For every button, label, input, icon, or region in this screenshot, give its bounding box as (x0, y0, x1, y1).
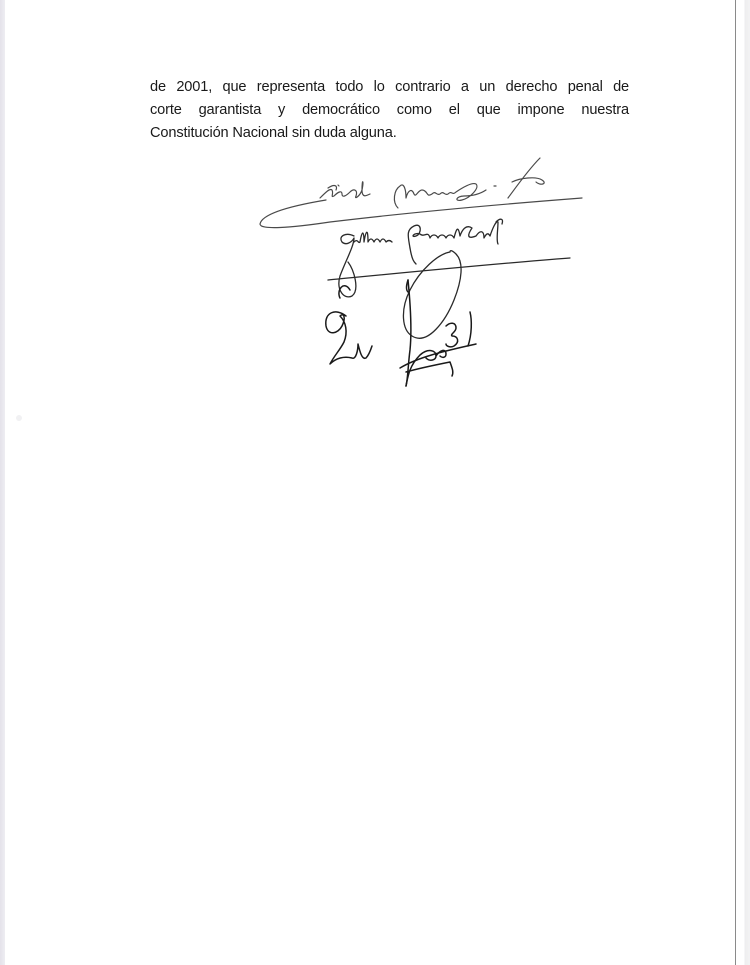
scan-artifact (16, 415, 22, 421)
closing-paragraph: de 2001, que representa todo lo contrari… (150, 76, 629, 145)
document-viewer: de 2001, que representa todo lo contrari… (0, 0, 750, 965)
paragraph-line-2: corte garantista y democrático como el q… (150, 99, 629, 122)
signature-block (250, 150, 600, 400)
signature-2 (328, 219, 570, 338)
viewer-right-gutter (736, 0, 750, 965)
paragraph-line-1: de 2001, que representa todo lo contrari… (150, 76, 629, 99)
paragraph-line-3: Constitución Nacional sin duda alguna. (150, 122, 629, 145)
signature-3 (326, 280, 476, 386)
signature-1 (260, 158, 582, 228)
